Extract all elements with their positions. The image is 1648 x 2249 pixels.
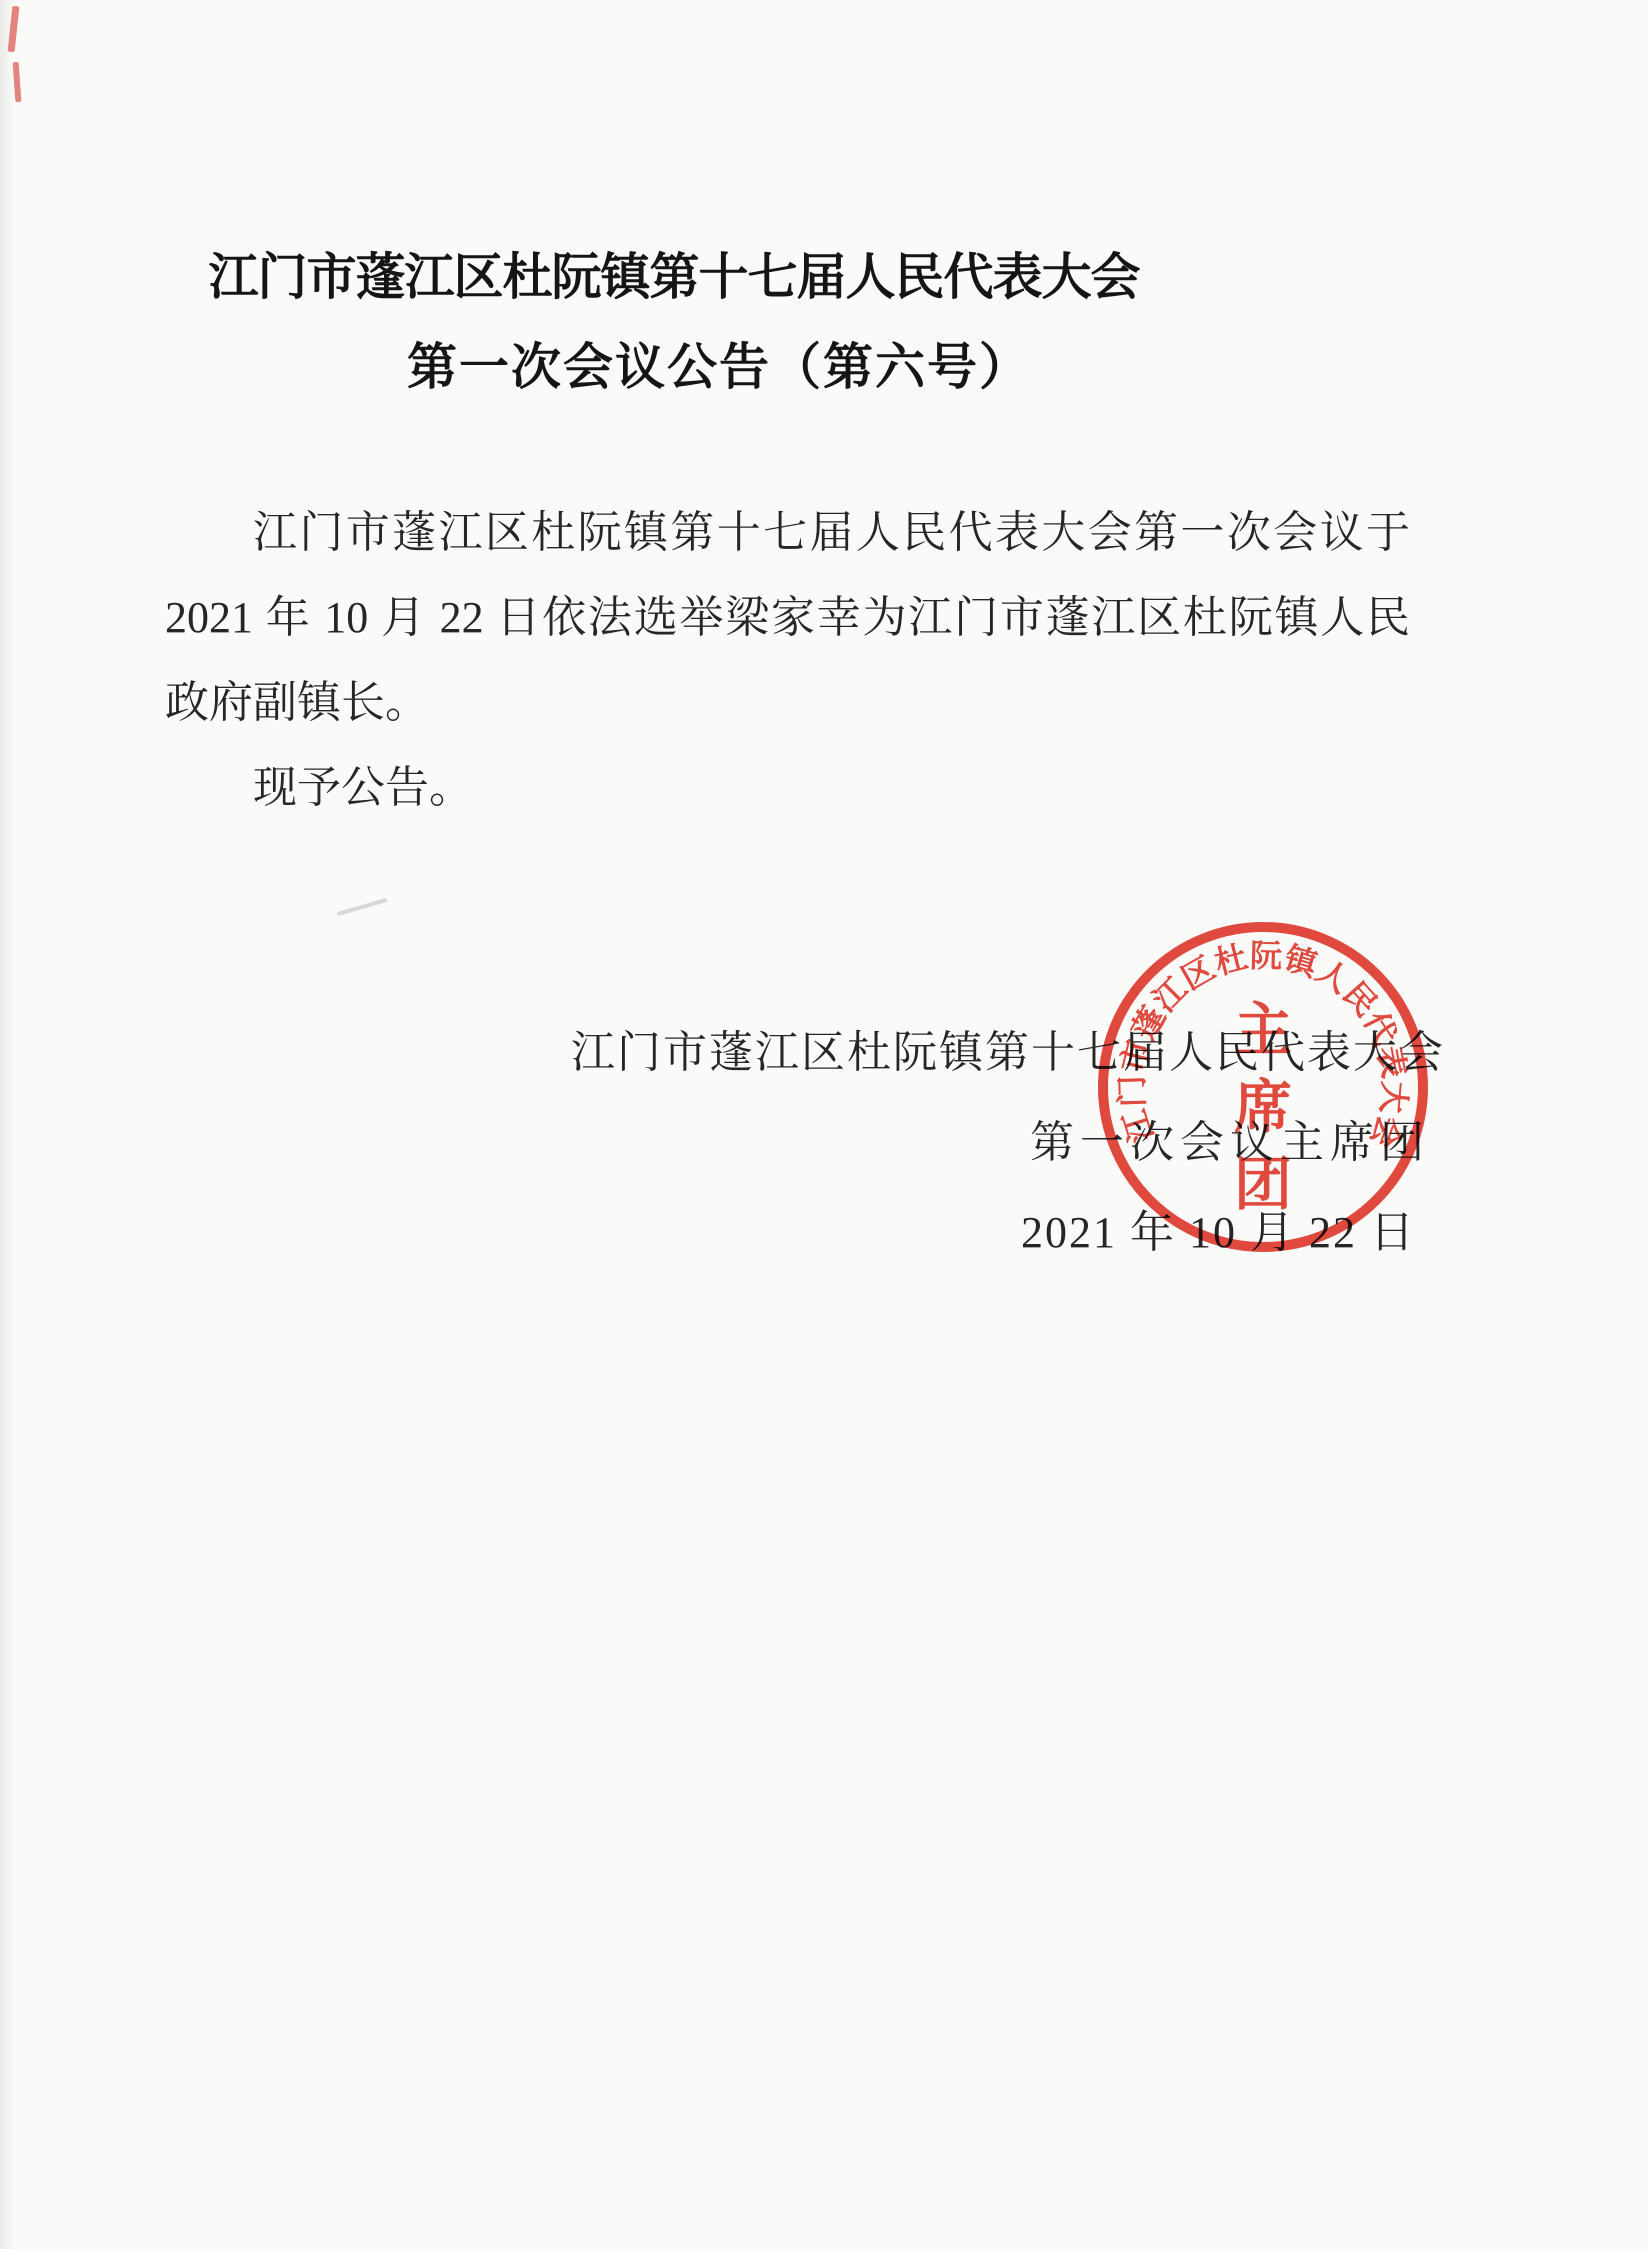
document-title-line2: 第一次会议公告（第六号） [0, 322, 1348, 412]
signature-org-line1: 江门市蓬江区杜阮镇第十七届人民代表大会 [0, 1008, 1648, 1098]
body-line: 政府副镇长。 [165, 660, 1410, 745]
signature-org-line2: 第一次会议主席团 [0, 1098, 1648, 1188]
signature-date: 2021 年 10 月 22 日 [0, 1188, 1648, 1278]
body-line: 2021 年 10 月 22 日依法选举梁家幸为江门市蓬江区杜阮镇人民 [165, 575, 1410, 660]
document-title: 江门市蓬江区杜阮镇第十七届人民代表大会 第一次会议公告（第六号） [0, 232, 1648, 412]
document-page: 江门市蓬江区杜阮镇第十七届人民代表大会 第一次会议公告（第六号） 江门市蓬江区杜… [0, 0, 1648, 2249]
document-title-line1: 江门市蓬江区杜阮镇第十七届人民代表大会 [0, 232, 1348, 322]
signature-block: 江门市蓬江区杜阮镇第十七届人民代表大会 第一次会议主席团 2021 年 10 月… [0, 1008, 1648, 1278]
body-line: 江门市蓬江区杜阮镇第十七届人民代表大会第一次会议于 [165, 490, 1410, 575]
body-line: 现予公告。 [165, 745, 1410, 830]
scan-artifact-smudge [336, 898, 387, 916]
document-body: 江门市蓬江区杜阮镇第十七届人民代表大会第一次会议于 2021 年 10 月 22… [165, 490, 1410, 830]
